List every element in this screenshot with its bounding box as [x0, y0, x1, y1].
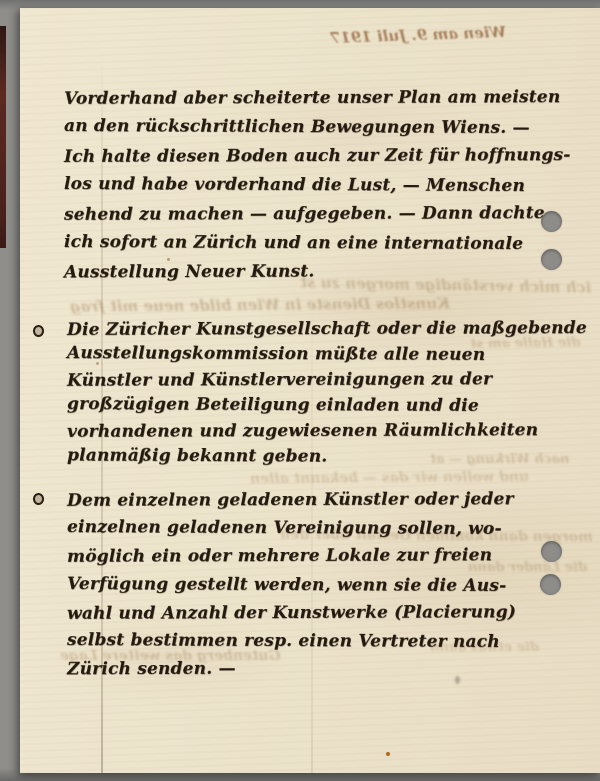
stain-speck — [386, 752, 390, 756]
handwritten-line: sehend zu machen — aufgegeben. — Dann da… — [64, 199, 545, 230]
handwritten-line: Vorderhand aber scheiterte unser Plan am… — [64, 83, 560, 114]
handwritten-line: Ausstellungskommission müßte alle neuen — [67, 341, 485, 368]
handwritten-line: Dem einzelnen geladenen Künstler oder je… — [67, 485, 514, 515]
handwritten-line: ich sofort an Zürich und an eine interna… — [64, 228, 523, 259]
punch-hole — [541, 249, 562, 270]
handwritten-line: Die Züricher Kunstgesellschaft oder die … — [67, 316, 587, 343]
handwritten-line: an den rückschrittlichen Bewegungen Wien… — [64, 112, 530, 143]
paragraph-3: Dem einzelnen geladenen Künstler oder je… — [67, 486, 516, 683]
handwritten-line: selbst bestimmen resp. einen Vertreter n… — [67, 626, 500, 656]
handwritten-line: Verfügung gestellt werden, wenn sie die … — [67, 570, 506, 600]
handwritten-line: vorhandenen und zugewiesenen Räumlichkei… — [67, 418, 538, 445]
handwritten-line: planmäßig bekannt geben. — [67, 443, 327, 470]
handwritten-line: los und habe vorderhand die Lust, — Mens… — [64, 170, 525, 201]
bleedthrough-text: Kunstlos Dienste in Wien bilde neue mit … — [70, 294, 450, 315]
bullet-marker — [33, 325, 44, 337]
handwritten-line: Zürich senden. — — [67, 655, 236, 684]
stain-speck — [167, 258, 170, 261]
handwritten-line: möglich ein oder mehrere Lokale zur frei… — [67, 542, 492, 572]
red-edge-strip — [0, 26, 6, 248]
handwritten-line: Künstler und Künstlervereinigungen zu de… — [67, 367, 492, 394]
handwritten-line: großzügigen Beteiligung einladen und die — [67, 392, 479, 419]
scan-background: Wien am 9. Juli 1917 ich mich verständig… — [0, 0, 600, 781]
paragraph-1: Vorderhand aber scheiterte unser Plan am… — [64, 84, 571, 287]
paragraph-2: Die Züricher Kunstgesellschaft oder die … — [67, 317, 587, 469]
punch-hole — [540, 574, 561, 595]
handwritten-line: Ausstellung Neuer Kunst. — [64, 258, 315, 288]
handwritten-line: Ich halte diesen Boden auch zur Zeit für… — [64, 141, 571, 172]
stain-speck — [96, 362, 99, 365]
bullet-marker — [33, 493, 44, 505]
handwritten-line: wahl und Anzahl der Kunstwerke (Placieru… — [67, 598, 516, 628]
punch-hole — [541, 541, 562, 562]
handwritten-line: einzelnen geladenen Vereinigung sollen, … — [67, 513, 502, 543]
punch-hole — [541, 211, 562, 232]
stain-speck — [455, 676, 460, 684]
